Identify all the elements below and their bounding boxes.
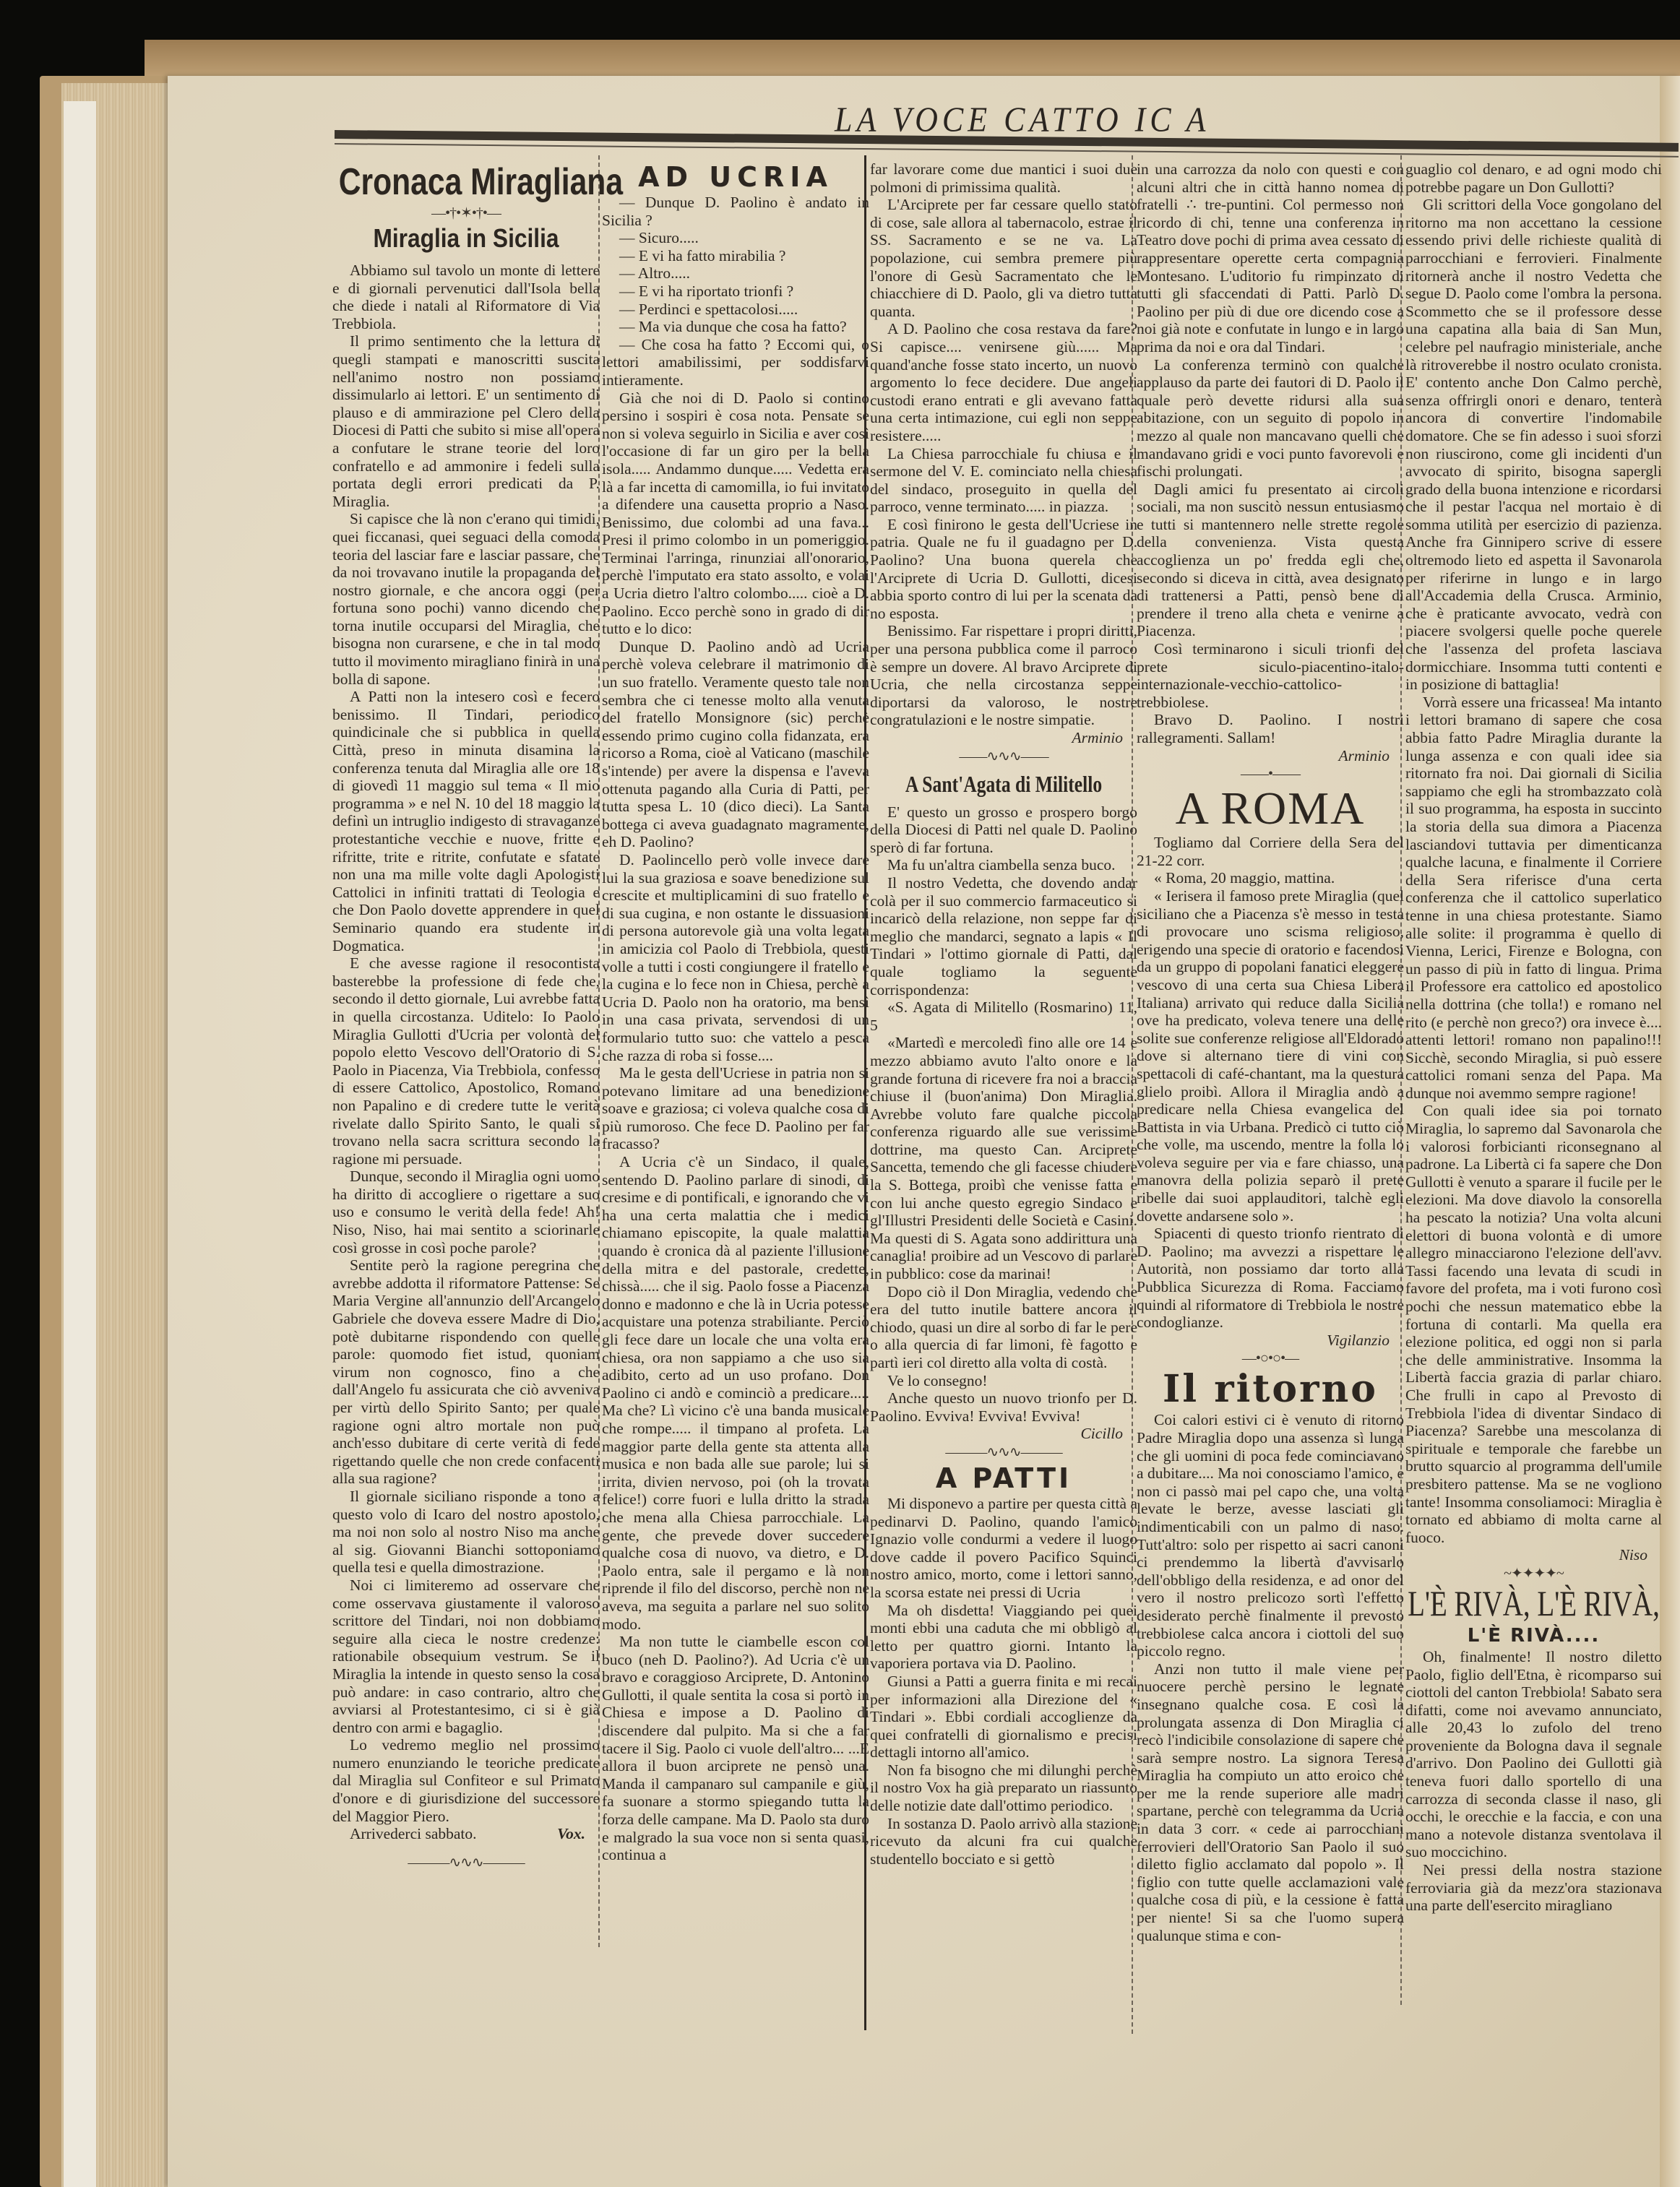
signature-vox: Vox.: [540, 1825, 585, 1843]
paragraph: Vorrà essere una fricassea! Ma intanto i…: [1405, 694, 1662, 1103]
subheadline-miraglia-sicilia: Miraglia in Sicilia: [336, 223, 597, 254]
column-4: in una carrozza da nolo con questi e con…: [1137, 160, 1404, 1944]
paragraph: Giunsi a Patti a guerra finita e mi reca…: [870, 1673, 1137, 1761]
dialogue-line: — Ma via dunque che cosa ha fatto?: [602, 318, 869, 336]
paragraph: Sentite però la ragione peregrina che av…: [332, 1256, 600, 1488]
dialogue-line: — E vi ha riportato trionfi ?: [602, 282, 869, 301]
paragraph: Togliamo dal Corriere della Sera del 21-…: [1137, 834, 1404, 869]
signature-vigilanzio: Vigilanzio: [1137, 1332, 1404, 1350]
dialogue-line: — Che cosa ha fatto ? Eccomi qui, o lett…: [602, 336, 869, 389]
paragraph: Bravo D. Paolino. I nostri rallegramenti…: [1137, 711, 1404, 746]
subheadline-le-riva: L'È RIVÀ....: [1405, 1623, 1662, 1648]
headline-cronaca: Cronaca Miragliana: [339, 160, 594, 204]
paragraph: Coi calori estivi ci è venuto di ritorno…: [1137, 1411, 1404, 1660]
paragraph: Ma le gesta dell'Ucriese in patria non s…: [602, 1064, 869, 1153]
paragraph: D. Paolincello però volle invece dare lu…: [602, 851, 869, 1064]
ornament-divider: ———∿∿∿———: [870, 1443, 1137, 1462]
ornament-divider: —•†•✶•†•—: [332, 204, 600, 223]
paragraph: Dunque D. Paolino andò ad Ucria perchè v…: [602, 638, 869, 851]
ornament-divider: ———∿∿∿———: [332, 1853, 600, 1872]
paragraph: Il giornale siciliano risponde a tono a …: [332, 1488, 600, 1576]
dialogue-line: — Dunque D. Paolino è andato in Sicilia …: [602, 194, 869, 229]
paragraph: guaglio col denaro, e ad ogni modo chi p…: [1405, 160, 1662, 196]
paragraph: La conferenza terminò con qualche applau…: [1137, 356, 1404, 480]
paragraph: « Ierisera il famoso prete Miraglia (que…: [1137, 887, 1404, 1225]
paragraph: In sostanza D. Paolo arrivò alla stazion…: [870, 1815, 1137, 1868]
paragraph: E che avesse ragione il resocontista bas…: [332, 954, 600, 1168]
inserted-sheet: [64, 101, 96, 2187]
dialogue-line: — Perdinci e spettacolosi.....: [602, 301, 869, 319]
paragraph: A D. Paolino che cosa restava da fare? S…: [870, 320, 1137, 444]
headline-il-ritorno: Il ritorno: [1137, 1368, 1404, 1411]
paragraph: Oh, finalmente! Il nostro diletto Paolo,…: [1405, 1648, 1662, 1861]
paragraph: Benissimo. Far rispettare i propri dirit…: [870, 622, 1137, 729]
paragraph: Abbiamo sul tavolo un monte di lettere e…: [332, 262, 600, 332]
paragraph: Con quali idee sia poi tornato Miraglia,…: [1405, 1102, 1662, 1546]
paragraph: Dunque, secondo il Miraglia ogni uomo ha…: [332, 1168, 600, 1256]
paragraph: Dopo ciò il Don Miraglia, vedendo che er…: [870, 1283, 1137, 1372]
dialogue-line: — E vi ha fatto mirabilia ?: [602, 247, 869, 265]
paragraph: Non fa bisogno che mi dilunghi perchè il…: [870, 1761, 1137, 1815]
article-cronaca-miragliana: Cronaca Miragliana —•†•✶•†•— Miraglia in…: [332, 160, 600, 1872]
paragraph: E così finirono le gesta dell'Ucriese in…: [870, 516, 1137, 623]
paragraph: A Patti non la intesero così e fecero be…: [332, 688, 600, 954]
paragraph: Anche questo un nuovo trionfo per D. Pao…: [870, 1389, 1137, 1425]
paragraph: Già che noi di D. Paolo si contino persi…: [602, 389, 869, 638]
gutter-fold: [1660, 76, 1680, 2187]
paragraph: Ma oh disdetta! Viaggiando pei quei mont…: [870, 1602, 1137, 1673]
paragraph: Lo vedremo meglio nel prossimo numero en…: [332, 1736, 600, 1825]
paragraph: Spiacenti di questo trionfo rientrato di…: [1137, 1225, 1404, 1332]
headline-a-patti: A PATTI: [870, 1462, 1137, 1495]
signature-cicillo: Cicillo: [870, 1425, 1137, 1443]
paragraph: Ma fu un'altra ciambella senza buco.: [870, 856, 1137, 874]
paragraph: Ve lo consegno!: [870, 1372, 1137, 1390]
column-3: far lavorare come due mantici i suoi due…: [870, 160, 1137, 1868]
paragraph: Il primo sentimento che la lettura di qu…: [332, 332, 600, 510]
headline-le-riva: L'È RIVÀ, L'È RIVÀ,: [1400, 1583, 1668, 1623]
closing-line: Arrivederci sabbato.: [332, 1825, 477, 1843]
headline-ad-ucria: AD UCRIA: [602, 160, 869, 194]
paragraph: Dagli amici fu presentato ai circoli soc…: [1137, 480, 1404, 640]
paragraph: «S. Agata di Militello (Rosmarino) 11, 5: [870, 998, 1137, 1034]
headline-santagata: A Sant'Agata di Militello: [874, 769, 1134, 799]
ornament-divider: ——•——: [1137, 764, 1404, 783]
ornament-divider: ——∿∿∿——: [870, 747, 1137, 766]
paragraph: «Martedì e mercoledì fino alle ore 14 e …: [870, 1034, 1137, 1282]
headline-a-roma: A ROMA: [1137, 783, 1404, 834]
paragraph: Anzi non tutto il male viene per nuocere…: [1137, 1660, 1404, 1945]
paragraph: « Roma, 20 maggio, mattina.: [1137, 869, 1404, 887]
paragraph: in una carrozza da nolo con questi e con…: [1137, 160, 1404, 356]
paragraph: La Chiesa parrocchiale fu chiusa e il se…: [870, 445, 1137, 516]
paragraph: A Ucria c'è un Sindaco, il quale, senten…: [602, 1153, 869, 1633]
paragraph: Nei pressi della nostra stazione ferrovi…: [1405, 1861, 1662, 1915]
signature-arminio: Arminio: [1137, 747, 1404, 765]
ornament-divider: —•○•○•—: [1137, 1349, 1404, 1368]
paragraph: L'Arciprete per far cessare quello stato…: [870, 196, 1137, 320]
paragraph: Gli scrittori della Voce gongolano del r…: [1405, 196, 1662, 694]
paragraph: Ma non tutte le ciambelle escon col buco…: [602, 1633, 869, 1864]
dialogue-line: — Altro.....: [602, 264, 869, 282]
article-ad-ucria: AD UCRIA — Dunque D. Paolino è andato in…: [602, 160, 869, 1864]
paragraph: far lavorare come due mantici i suoi due…: [870, 160, 1137, 196]
paragraph: E' questo un grosso e prospero borgo del…: [870, 803, 1137, 857]
paragraph: Il nostro Vedetta, che dovendo andar col…: [870, 874, 1137, 998]
signature-niso: Niso: [1405, 1546, 1662, 1564]
ornament-divider: ~✦✦✦✦~: [1405, 1564, 1662, 1583]
paragraph: Così terminarono i siculi trionfi del pr…: [1137, 640, 1404, 711]
signature-arminio: Arminio: [870, 729, 1137, 747]
column-5: guaglio col denaro, e ad ogni modo chi p…: [1405, 160, 1662, 1915]
dialogue-line: — Sicuro.....: [602, 229, 869, 247]
running-head: LA VOCE CATTO IC A: [835, 99, 1210, 139]
paragraph: Mi disponevo a partire per questa città …: [870, 1495, 1137, 1602]
paragraph: Noi ci limiteremo ad osservare che come …: [332, 1576, 600, 1736]
paragraph: Si capisce che là non c'erano qui timidi…: [332, 510, 600, 688]
